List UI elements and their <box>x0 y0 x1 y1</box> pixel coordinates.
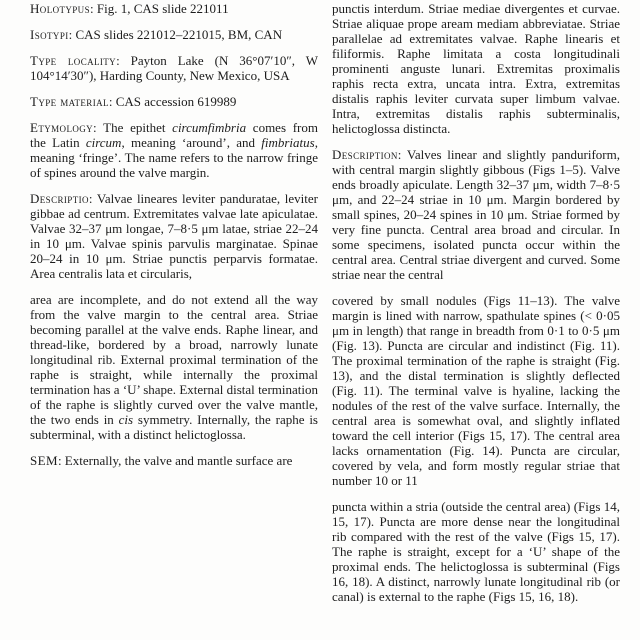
right-column: punctis interdum. Striae mediae divergen… <box>332 1 620 640</box>
text-run: area are incomplete, and do not extend a… <box>30 292 318 427</box>
section-label: Holotypus <box>30 1 90 16</box>
section-label: Descriptio <box>30 191 89 206</box>
section-label: Isotypi <box>30 27 69 42</box>
section-label: SEM <box>30 453 58 468</box>
paragraph: Descriptio: Valvae lineares leviter pand… <box>30 191 318 281</box>
text-block: punctis interdum. Striae mediae divergen… <box>332 1 620 282</box>
section-label: Type material <box>30 94 109 109</box>
text-block: puncta within a stria (outside the centr… <box>332 499 620 604</box>
text-run: punctis interdum. Striae mediae divergen… <box>332 1 620 136</box>
text-block: area are incomplete, and do not extend a… <box>30 292 318 468</box>
paragraph: Type material: CAS accession 619989 <box>30 94 318 109</box>
paragraph: puncta within a stria (outside the centr… <box>332 499 620 604</box>
scanned-paper-page: Holotypus: Fig. 1, CAS slide 221011Isoty… <box>0 0 640 640</box>
text-run: , meaning ‘around’, and <box>121 135 261 150</box>
text-run: : Externally, the valve and mantle surfa… <box>58 453 293 468</box>
italic-term: circum <box>86 135 122 150</box>
paragraph: Isotypi: CAS slides 221012–221015, BM, C… <box>30 27 318 42</box>
section-label: Type locality <box>30 53 116 68</box>
paragraph: punctis interdum. Striae mediae divergen… <box>332 1 620 136</box>
paragraph: Type locality: Payton Lake (N 36°07′10″,… <box>30 53 318 83</box>
text-block: covered by small nodules (Figs 11–13). T… <box>332 293 620 488</box>
italic-term: cis <box>119 412 133 427</box>
paragraph: area are incomplete, and do not extend a… <box>30 292 318 442</box>
text-run: : Valves linear and slightly panduriform… <box>332 147 620 282</box>
italic-term: fimbriatus <box>261 135 314 150</box>
left-column: Holotypus: Fig. 1, CAS slide 221011Isoty… <box>30 1 318 640</box>
paragraph: Holotypus: Fig. 1, CAS slide 221011 <box>30 1 318 16</box>
italic-term: circumfimbria <box>172 120 246 135</box>
paragraph: covered by small nodules (Figs 11–13). T… <box>332 293 620 488</box>
paragraph: Description: Valves linear and slightly … <box>332 147 620 282</box>
text-run: covered by small nodules (Figs 11–13). T… <box>332 293 620 488</box>
paragraph: SEM: Externally, the valve and mantle su… <box>30 453 318 468</box>
text-block: Holotypus: Fig. 1, CAS slide 221011Isoty… <box>30 1 318 281</box>
text-run: : Fig. 1, CAS slide 221011 <box>90 1 229 16</box>
text-run: : CAS accession 619989 <box>109 94 236 109</box>
text-run: : The epithet <box>93 120 172 135</box>
paragraph: Etymology: The epithet circumfimbria com… <box>30 120 318 180</box>
section-label: Description <box>332 147 398 162</box>
text-run: : CAS slides 221012–221015, BM, CAN <box>69 27 282 42</box>
text-run: puncta within a stria (outside the centr… <box>332 499 620 604</box>
section-label: Etymology <box>30 120 93 135</box>
